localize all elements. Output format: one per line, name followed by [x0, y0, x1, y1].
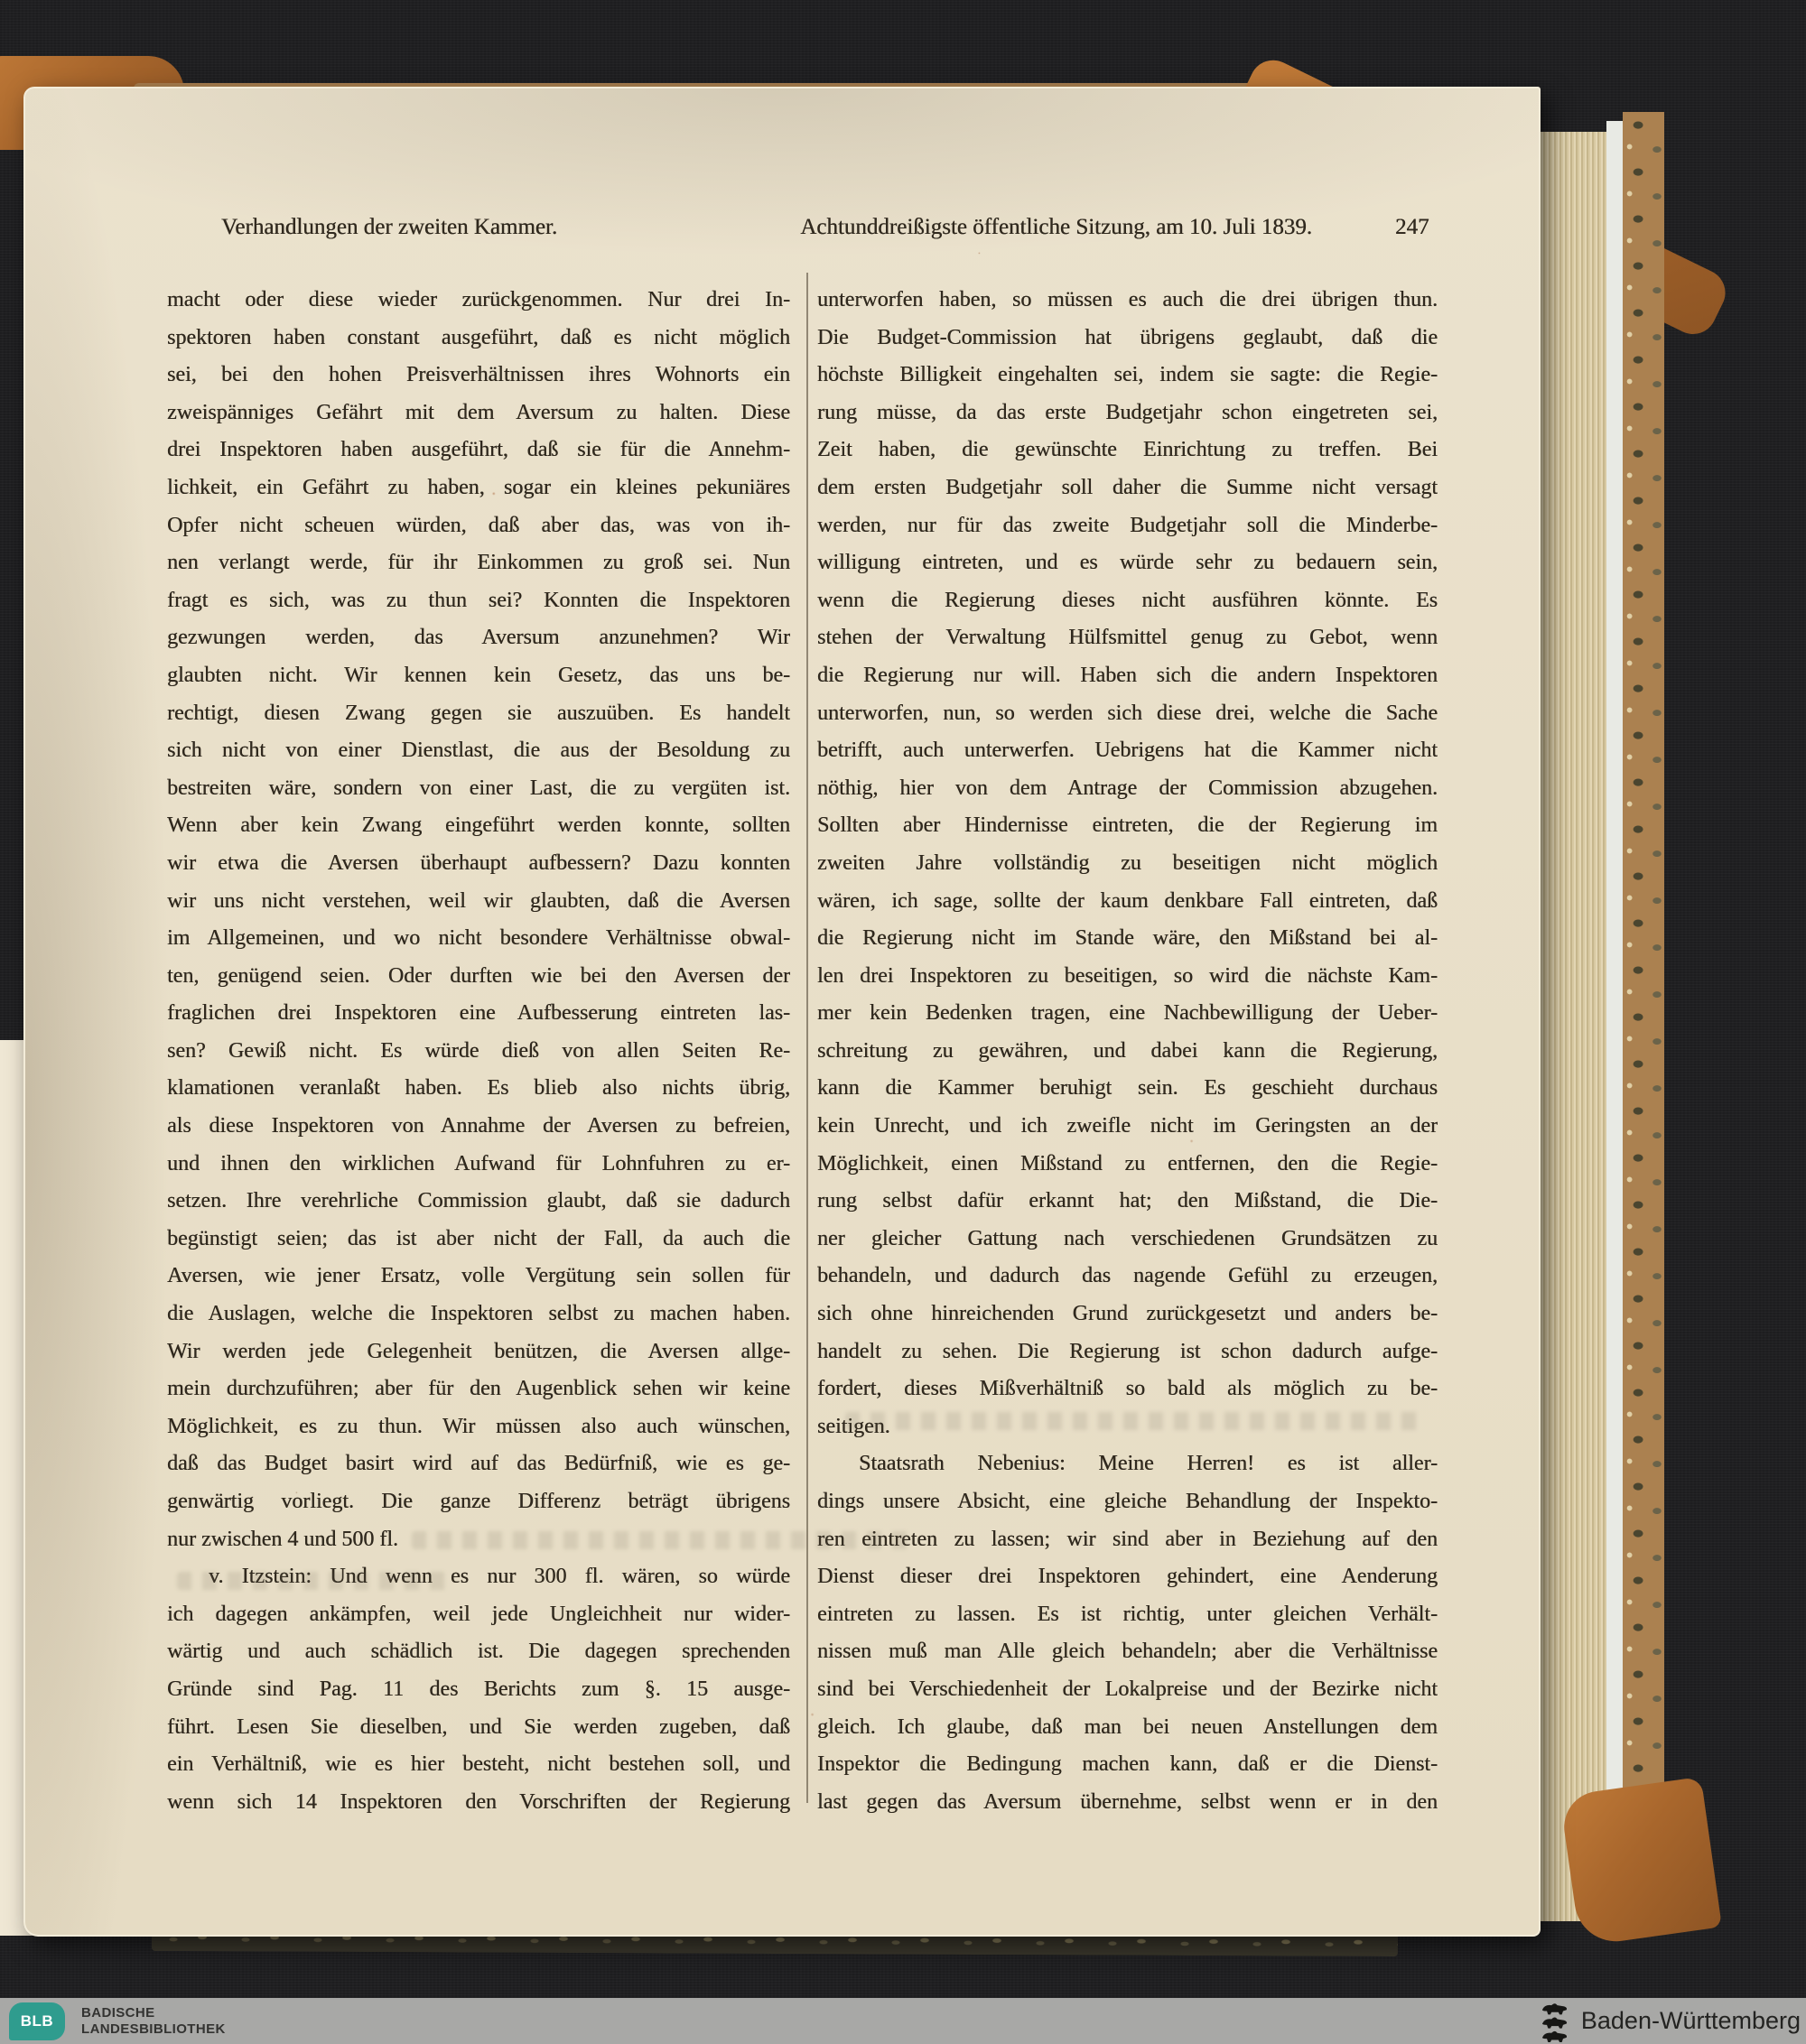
- running-header-right: Achtunddreißigste öffentliche Sitzung, a…: [800, 215, 1312, 240]
- text-line: gleich. Ich glaube, daß man bei neuen An…: [817, 1709, 1438, 1747]
- text-line: mein durchzuführen; aber für den Augenbl…: [167, 1370, 790, 1408]
- text-column-right: unterworfen haben, so müssen es auch die…: [817, 282, 1438, 1821]
- text-line: die Auslagen, welche die Inspektoren sel…: [167, 1296, 790, 1333]
- text-line: die Regierung nur will. Haben sich die a…: [817, 657, 1438, 695]
- text-line: last gegen das Aversum übernehme, selbst…: [817, 1784, 1438, 1822]
- text-line: bestreiten wäre, sondern von einer Last,…: [167, 770, 790, 808]
- text-line: sich ohne hinreichenden Grund zurückgese…: [817, 1296, 1438, 1333]
- library-name: BADISCHE LANDESBIBLIOTHEK: [81, 2005, 226, 2038]
- text-line: ten, genügend seien. Oder durften wie be…: [167, 958, 790, 996]
- text-line: dem ersten Budgetjahr soll daher die Sum…: [817, 469, 1438, 507]
- text-line: ner gleicher Gattung nach verschiedenen …: [817, 1221, 1438, 1259]
- text-line: setzen. Ihre verehrliche Commission glau…: [167, 1183, 790, 1221]
- text-line: gezwungen werden, das Aversum anzunehmen…: [167, 619, 790, 657]
- text-line: nissen muß man Alle gleich behandeln; ab…: [817, 1633, 1438, 1671]
- text-line: len drei Inspektoren zu beseitigen, so w…: [817, 958, 1438, 996]
- text-line: Wenn aber kein Zwang eingeführt werden k…: [167, 807, 790, 845]
- text-line: sich nicht von einer Dienstlast, die aus…: [167, 732, 790, 770]
- text-line: dings unsere Absicht, eine gleiche Behan…: [817, 1483, 1438, 1521]
- text-line: rung selbst dafür erkannt hat; den Mißst…: [817, 1183, 1438, 1221]
- text-line: sind bei Verschiedenheit der Lokalpreise…: [817, 1671, 1438, 1709]
- text-line: rechtigt, diesen Zwang gegen sie auszuüb…: [167, 695, 790, 733]
- text-line: Gründe sind Pag. 11 des Berichts zum §. …: [167, 1671, 790, 1709]
- text-line: unterworfen, nun, so werden sich diese d…: [817, 695, 1438, 733]
- text-line: rung müsse, da das erste Budgetjahr scho…: [817, 395, 1438, 432]
- text-line: Möglichkeit, es zu thun. Wir müssen also…: [167, 1408, 790, 1446]
- show-through-smudge: [412, 1531, 917, 1549]
- marbled-board-right-edge: [1623, 112, 1664, 1930]
- text-line: und ihnen den wirklichen Aufwand für Loh…: [167, 1146, 790, 1184]
- blb-logo-text: BLB: [21, 2012, 53, 2030]
- blb-logo: BLB: [9, 2002, 65, 2040]
- text-line: im Allgemeinen, und wo nicht besondere V…: [167, 920, 790, 958]
- text-line: fragt es sich, was zu thun sei? Konnten …: [167, 582, 790, 620]
- text-line: zweiten Jahre vollständig zu beseitigen …: [817, 845, 1438, 883]
- column-divider-rule: [806, 273, 808, 1803]
- text-column-left: macht oder diese wieder zurückgenommen. …: [167, 282, 790, 1821]
- text-line: eintreten zu lassen. Es ist richtig, unt…: [817, 1596, 1438, 1634]
- endpaper-edge: [1606, 121, 1623, 1927]
- library-name-line2: LANDESBIBLIOTHEK: [81, 2021, 226, 2038]
- text-line: glaubten nicht. Wir kennen kein Gesetz, …: [167, 657, 790, 695]
- text-line: wenn die Regierung dieses nicht ausführe…: [817, 582, 1438, 620]
- text-line: Möglichkeit, einen Mißstand zu entfernen…: [817, 1146, 1438, 1184]
- text-line: kann die Kammer beruhigt sein. Es geschi…: [817, 1070, 1438, 1108]
- library-banner-left: BLB BADISCHE LANDESBIBLIOTHEK: [0, 2002, 226, 2040]
- text-line: lichkeit, ein Gefährt zu haben, sogar ei…: [167, 469, 790, 507]
- text-line: genwärtig vorliegt. Die ganze Differenz …: [167, 1483, 790, 1521]
- text-line: wenn sich 14 Inspektoren den Vorschrifte…: [167, 1784, 790, 1822]
- text-line: führt. Lesen Sie dieselben, und Sie werd…: [167, 1709, 790, 1747]
- text-line: fordert, dieses Mißverhältniß so bald al…: [817, 1370, 1438, 1408]
- running-header: Verhandlungen der zweiten Kammer. Achtun…: [221, 215, 1312, 240]
- text-line: fraglichen drei Inspektoren eine Aufbess…: [167, 995, 790, 1033]
- leather-corner-bottom-right: [1559, 1777, 1722, 1946]
- text-line: macht oder diese wieder zurückgenommen. …: [167, 282, 790, 320]
- text-line: klamationen veranlaßt haben. Es blieb al…: [167, 1070, 790, 1108]
- text-line: mer kein Bedenken tragen, eine Nachbewil…: [817, 995, 1438, 1033]
- page-number: 247: [1395, 215, 1429, 240]
- text-line: spektoren haben constant ausgeführt, daß…: [167, 320, 790, 358]
- text-line: wir etwa die Aversen überhaupt aufbesser…: [167, 845, 790, 883]
- text-line: Zeit haben, die gewünschte Einrichtung z…: [817, 432, 1438, 469]
- text-line: wir uns nicht verstehen, weil wir glaubt…: [167, 883, 790, 921]
- show-through-smudge: [177, 1572, 448, 1590]
- text-line: willigung eintreten, und es würde sehr z…: [817, 544, 1438, 582]
- text-line: wären, ich sage, sollte der kaum denkbar…: [817, 883, 1438, 921]
- text-line: Aversen, wie jener Ersatz, volle Vergütu…: [167, 1258, 790, 1296]
- text-line: begünstigt seien; das ist aber nicht der…: [167, 1221, 790, 1259]
- text-line: Dienst dieser drei Inspektoren gehindert…: [817, 1558, 1438, 1596]
- text-line: handelt zu sehen. Die Regierung ist scho…: [817, 1333, 1438, 1371]
- page-block-fore-edge: [1536, 132, 1606, 1921]
- text-line: nen verlangt werde, für ihr Einkommen zu…: [167, 544, 790, 582]
- text-line: unterworfen haben, so müssen es auch die…: [817, 282, 1438, 320]
- state-name: Baden-Württemberg: [1581, 2007, 1801, 2035]
- library-banner-right: Baden-Württemberg: [1540, 2001, 1806, 2042]
- text-line: Wir werden jede Gelegenheit benützen, di…: [167, 1333, 790, 1371]
- text-line: Die Budget-Commission hat übrigens gegla…: [817, 320, 1438, 358]
- text-line: werden, nur für das zweite Budgetjahr so…: [817, 507, 1438, 545]
- show-through-smudge: [845, 1412, 1423, 1430]
- text-line: zweispänniges Gefährt mit dem Aversum zu…: [167, 395, 790, 432]
- text-line: als diese Inspektoren von Annahme der Av…: [167, 1108, 790, 1146]
- text-line: ich dagegen ankämpfen, weil jede Ungleic…: [167, 1596, 790, 1634]
- text-line: schreitung zu gewähren, und dabei kann d…: [817, 1033, 1438, 1071]
- text-line: daß das Budget basirt wird auf das Bedür…: [167, 1445, 790, 1483]
- text-line: Opfer nicht scheuen würden, daß aber das…: [167, 507, 790, 545]
- text-line: sen? Gewiß nicht. Es würde dieß von alle…: [167, 1033, 790, 1071]
- scanned-book-page: Verhandlungen der zweiten Kammer. Achtun…: [23, 87, 1541, 1937]
- text-line: sei, bei den hohen Preisverhältnissen ih…: [167, 357, 790, 395]
- baden-wuerttemberg-coat-of-arms-icon: [1540, 2001, 1570, 2042]
- text-line: nöthig, hier von dem Antrage der Commiss…: [817, 770, 1438, 808]
- text-line: stehen der Verwaltung Hülfsmittel genug …: [817, 619, 1438, 657]
- running-header-left: Verhandlungen der zweiten Kammer.: [221, 215, 557, 240]
- text-line: Sollten aber Hindernisse eintreten, die …: [817, 807, 1438, 845]
- text-line: wärtig und auch schädlich ist. Die dageg…: [167, 1633, 790, 1671]
- text-line: kein Unrecht, und ich zweifle nicht im G…: [817, 1108, 1438, 1146]
- text-line: Inspektor die Bedingung machen kann, daß…: [817, 1746, 1438, 1784]
- library-banner: BLB BADISCHE LANDESBIBLIOTHEK Baden-Würt…: [0, 1998, 1806, 2044]
- text-line: die Regierung nicht im Stande wäre, den …: [817, 920, 1438, 958]
- library-name-line1: BADISCHE: [81, 2005, 226, 2021]
- text-line: höchste Billigkeit eingehalten sei, inde…: [817, 357, 1438, 395]
- text-line: Staatsrath Nebenius: Meine Herren! es is…: [817, 1445, 1438, 1483]
- text-line: ein Verhältniß, wie es hier besteht, nic…: [167, 1746, 790, 1784]
- text-line: betrifft, auch unterwerfen. Uebrigens ha…: [817, 732, 1438, 770]
- text-line: drei Inspektoren haben ausgeführt, daß s…: [167, 432, 790, 469]
- text-line: behandeln, und dadurch das nagende Gefüh…: [817, 1258, 1438, 1296]
